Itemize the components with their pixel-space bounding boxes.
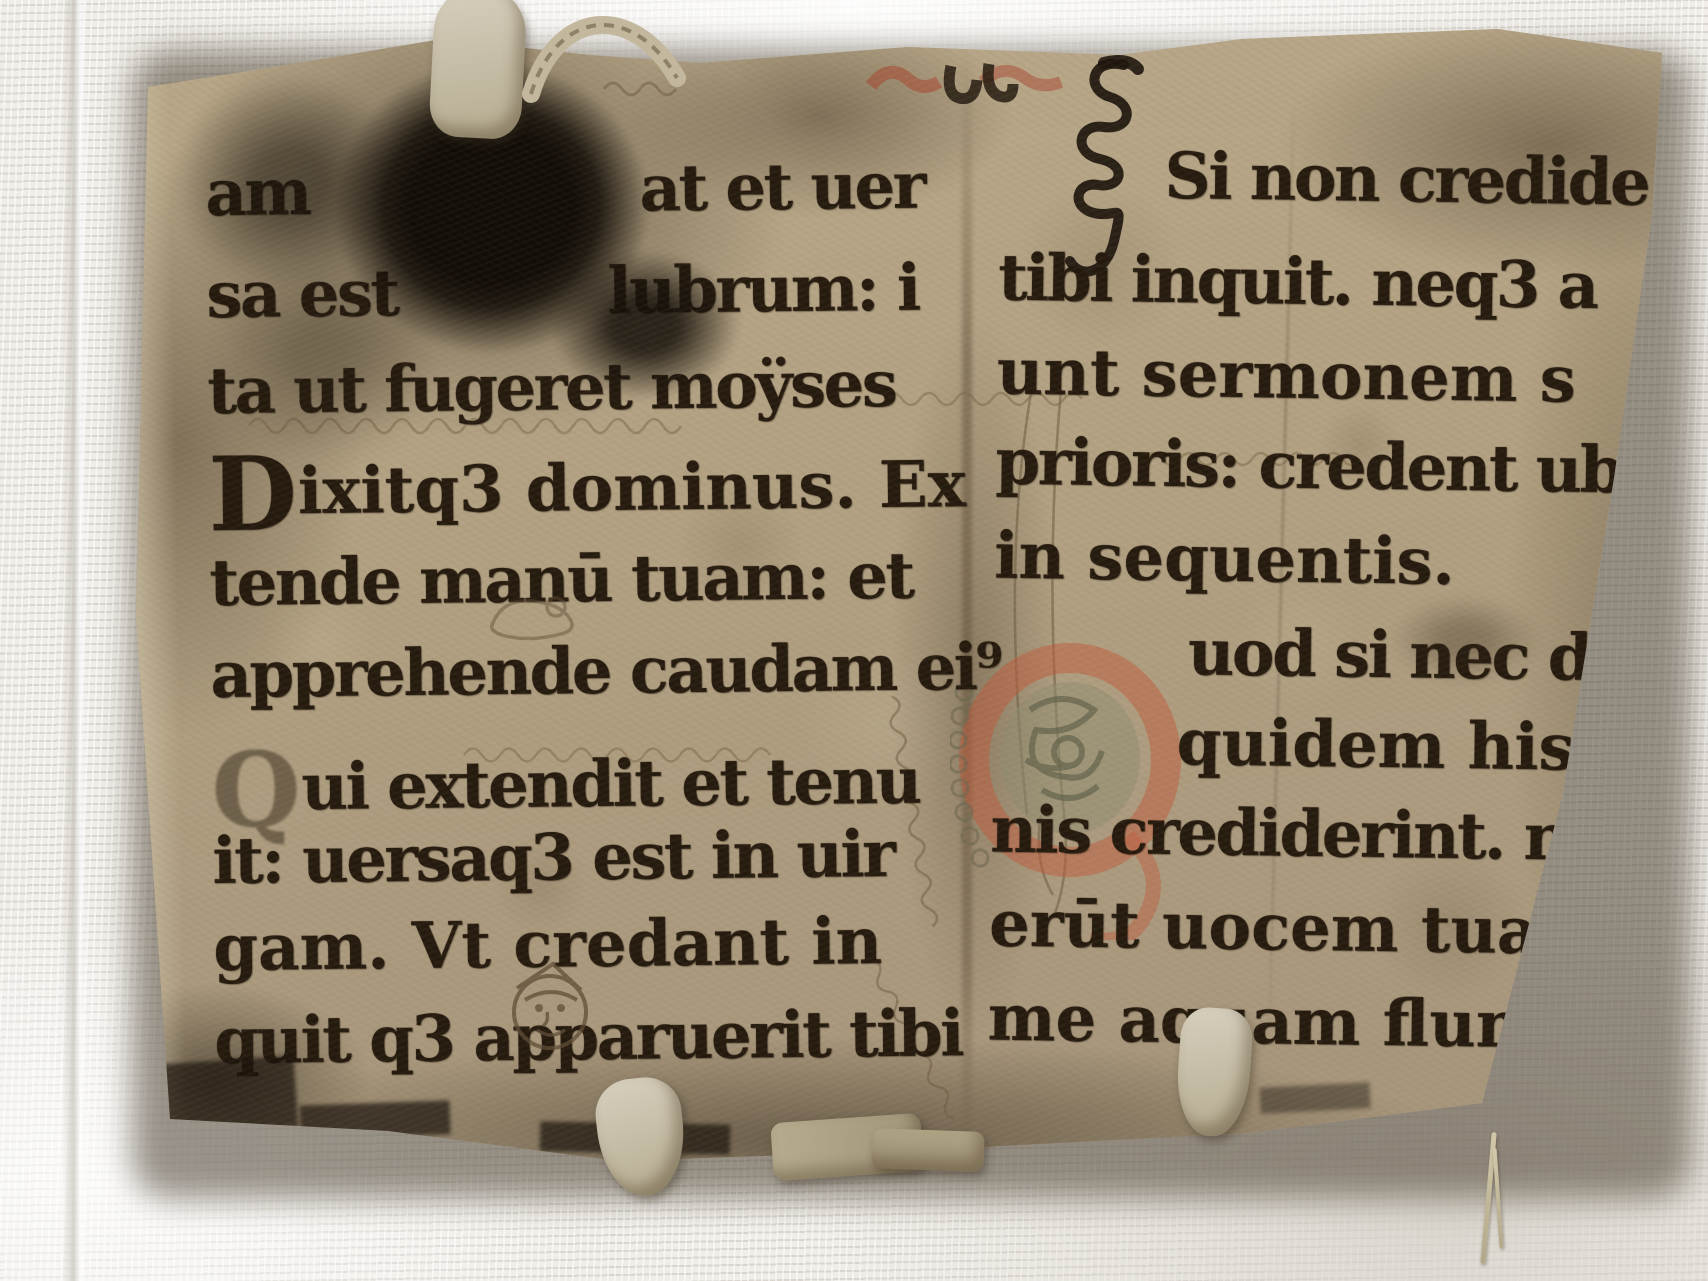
doodle-face (495, 950, 605, 1069)
parchment-crease (1267, 80, 1296, 1060)
ink-offset-smudge (1390, 595, 1540, 685)
cloth-crease (62, 0, 88, 1281)
line-text: uod si nec d (1187, 615, 1590, 696)
decorated-initial-q (950, 640, 1210, 940)
text-line: sa estlubrum: i (206, 257, 919, 328)
cursive-annotation (1140, 445, 1390, 471)
line-text: erūt uocem tua (989, 886, 1539, 969)
frayed-edge (1259, 1082, 1370, 1114)
rubric-red-stroke (871, 72, 939, 86)
rubric-red-stroke (983, 71, 1061, 85)
line-text: it: uersaq3 est in uir (212, 817, 894, 899)
line-fragment: lubrum: i (607, 251, 919, 329)
text-line: uod si nec d (992, 619, 1590, 691)
line-text: prioris: credent ub (995, 425, 1622, 509)
initial-q-infill (1000, 682, 1140, 834)
line-text: tibi inquit. neq3 a (998, 241, 1598, 324)
gutter-fold-shadow (962, 50, 972, 1155)
text-line: tibi inquit. neq3 a (998, 247, 1597, 319)
line-text: in sequentis. (994, 519, 1456, 600)
parchment-bifolium: amat et uer sa estlubrum: i ta ut fugere… (120, 25, 1680, 1175)
ink-blot-edge (175, 75, 405, 290)
gutter-cursive-annotation (879, 690, 950, 951)
text-line: Dixitq3 dominus. Ex (208, 436, 966, 546)
text-line: prioris: credent ub (995, 431, 1622, 504)
text-line: unt sermonem s (996, 341, 1576, 413)
cursive-annotation (460, 740, 800, 768)
versal-initial-d: D (208, 434, 299, 555)
faded-initial-q: Q (211, 730, 302, 851)
text-line: tende manū tuam: et (209, 545, 913, 616)
line-text: ixitq3 dominus. Ex (298, 447, 967, 529)
cursive-annotation (880, 385, 1110, 411)
text-line: it: uersaq3 est in uir (212, 823, 894, 894)
text-line: gam. Vt credant in (213, 910, 882, 981)
text-line: erūt uocem tua (989, 892, 1539, 964)
manuscript-photo: amat et uer sa estlubrum: i ta ut fugere… (0, 0, 1708, 1281)
right-page-text: Si non credide tibi inquit. neq3 a unt s… (1000, 143, 1708, 154)
initial-q-ring (974, 658, 1166, 862)
text-line: Qui extendit et tenu (211, 733, 920, 842)
text-line: quidem his (991, 708, 1575, 780)
gutter-cursive-annotation (859, 950, 974, 1138)
line-text: tende manū tuam: et (209, 539, 913, 621)
line-text: quidem his (1176, 705, 1575, 786)
line-text: unt sermonem s (996, 335, 1576, 418)
cursive-annotation (245, 410, 715, 440)
line-fragment: sa est (206, 256, 398, 333)
line-text: quit q3 apparuerit tibi (214, 996, 962, 1079)
cadel-flourish (1040, 55, 1180, 285)
initial-q-tail (1090, 836, 1153, 940)
line-text: gam. Vt credant in (213, 904, 883, 986)
text-line: quit q3 apparuerit tibi (214, 1002, 962, 1074)
text-line: amat et uer (205, 155, 924, 227)
parchment-strap-end (871, 1128, 984, 1172)
sewing-cord (505, 0, 695, 119)
line-text: apprehende caudam ei⁹ (210, 630, 1001, 713)
line-fragment: at et uer (639, 149, 924, 227)
gutter-pen-stems (975, 375, 1105, 935)
line-text: ui extendit et tenu (301, 744, 920, 825)
line-text: ta ut fugeret moÿses (207, 347, 896, 429)
ink-blot-smear (210, 250, 440, 465)
text-line: me aquam flum (987, 986, 1544, 1058)
line-fragment: am (205, 155, 310, 231)
initial-q-foliate-penwork (1026, 699, 1102, 798)
line-text: me aquam flum (987, 980, 1544, 1063)
text-line: apprehende caudam ei⁹ (210, 636, 1001, 708)
doodle-beast (480, 581, 580, 651)
left-page-text: amat et uer sa estlubrum: i ta ut fugere… (205, 154, 985, 162)
text-line: ta ut fugeret moÿses (207, 353, 896, 424)
line-text: Si non credide (1164, 139, 1649, 221)
text-line: in sequentis. (994, 525, 1455, 595)
ink-blot-runoff (550, 250, 740, 400)
text-line: Si non credide (999, 143, 1649, 216)
rubric-black-stroke (949, 64, 1013, 99)
initial-q-pearl-border (950, 684, 988, 866)
